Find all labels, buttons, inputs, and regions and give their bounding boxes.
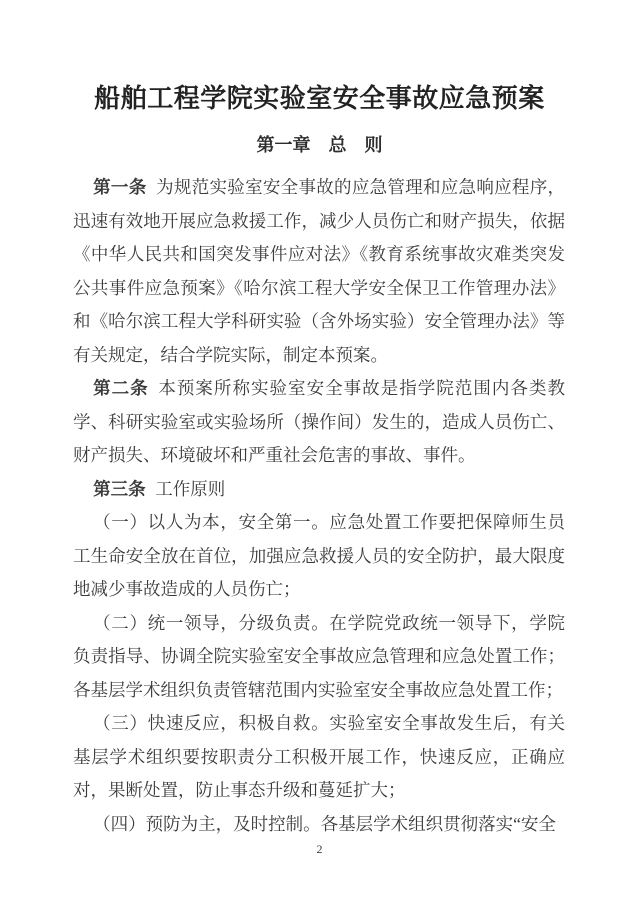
principle-2-text: （二）统一领导，分级负责。在学院党政统一领导下，学院负责指导、协调全院实验室安全… <box>73 613 565 700</box>
principle-4-text: （四）预防为主，及时控制。各基层学术组织贯彻落实“安全 <box>93 814 556 834</box>
principle-3-text: （三）快速反应，积极自救。实验室安全事故发生后，有关基层学术组织要按职责分工积极… <box>73 713 565 800</box>
chapter-heading: 第一章 总 则 <box>0 133 639 157</box>
document-body: 第一条为规范实验室安全事故的应急管理和应急响应程序，迅速有效地开展应急救援工作，… <box>0 171 639 841</box>
article-3-number: 第三条 <box>93 479 146 499</box>
paragraph-principle-3: （三）快速反应，积极自救。实验室安全事故发生后，有关基层学术组织要按职责分工积极… <box>73 707 565 808</box>
paragraph-article-3: 第三条工作原则 <box>73 473 565 507</box>
principle-1-text: （一）以人为本，安全第一。应急处置工作要把保障师生员工生命安全放在首位，加强应急… <box>73 512 565 599</box>
document-title: 船舶工程学院实验室安全事故应急预案 <box>0 0 639 116</box>
article-1-number: 第一条 <box>93 177 146 197</box>
article-3-text: 工作原则 <box>155 479 225 499</box>
paragraph-article-1: 第一条为规范实验室安全事故的应急管理和应急响应程序，迅速有效地开展应急救援工作，… <box>73 171 565 372</box>
document-page: 船舶工程学院实验室安全事故应急预案 第一章 总 则 第一条为规范实验室安全事故的… <box>0 0 639 904</box>
paragraph-principle-2: （二）统一领导，分级负责。在学院党政统一领导下，学院负责指导、协调全院实验室安全… <box>73 607 565 708</box>
article-1-text: 为规范实验室安全事故的应急管理和应急响应程序，迅速有效地开展应急救援工作，减少人… <box>73 177 565 365</box>
page-number: 2 <box>0 842 639 856</box>
paragraph-principle-1: （一）以人为本，安全第一。应急处置工作要把保障师生员工生命安全放在首位，加强应急… <box>73 506 565 607</box>
paragraph-article-2: 第二条本预案所称实验室安全事故是指学院范围内各类教学、科研实验室或实验场所（操作… <box>73 372 565 473</box>
article-2-number: 第二条 <box>93 378 149 398</box>
paragraph-principle-4: （四）预防为主，及时控制。各基层学术组织贯彻落实“安全 <box>73 808 565 842</box>
